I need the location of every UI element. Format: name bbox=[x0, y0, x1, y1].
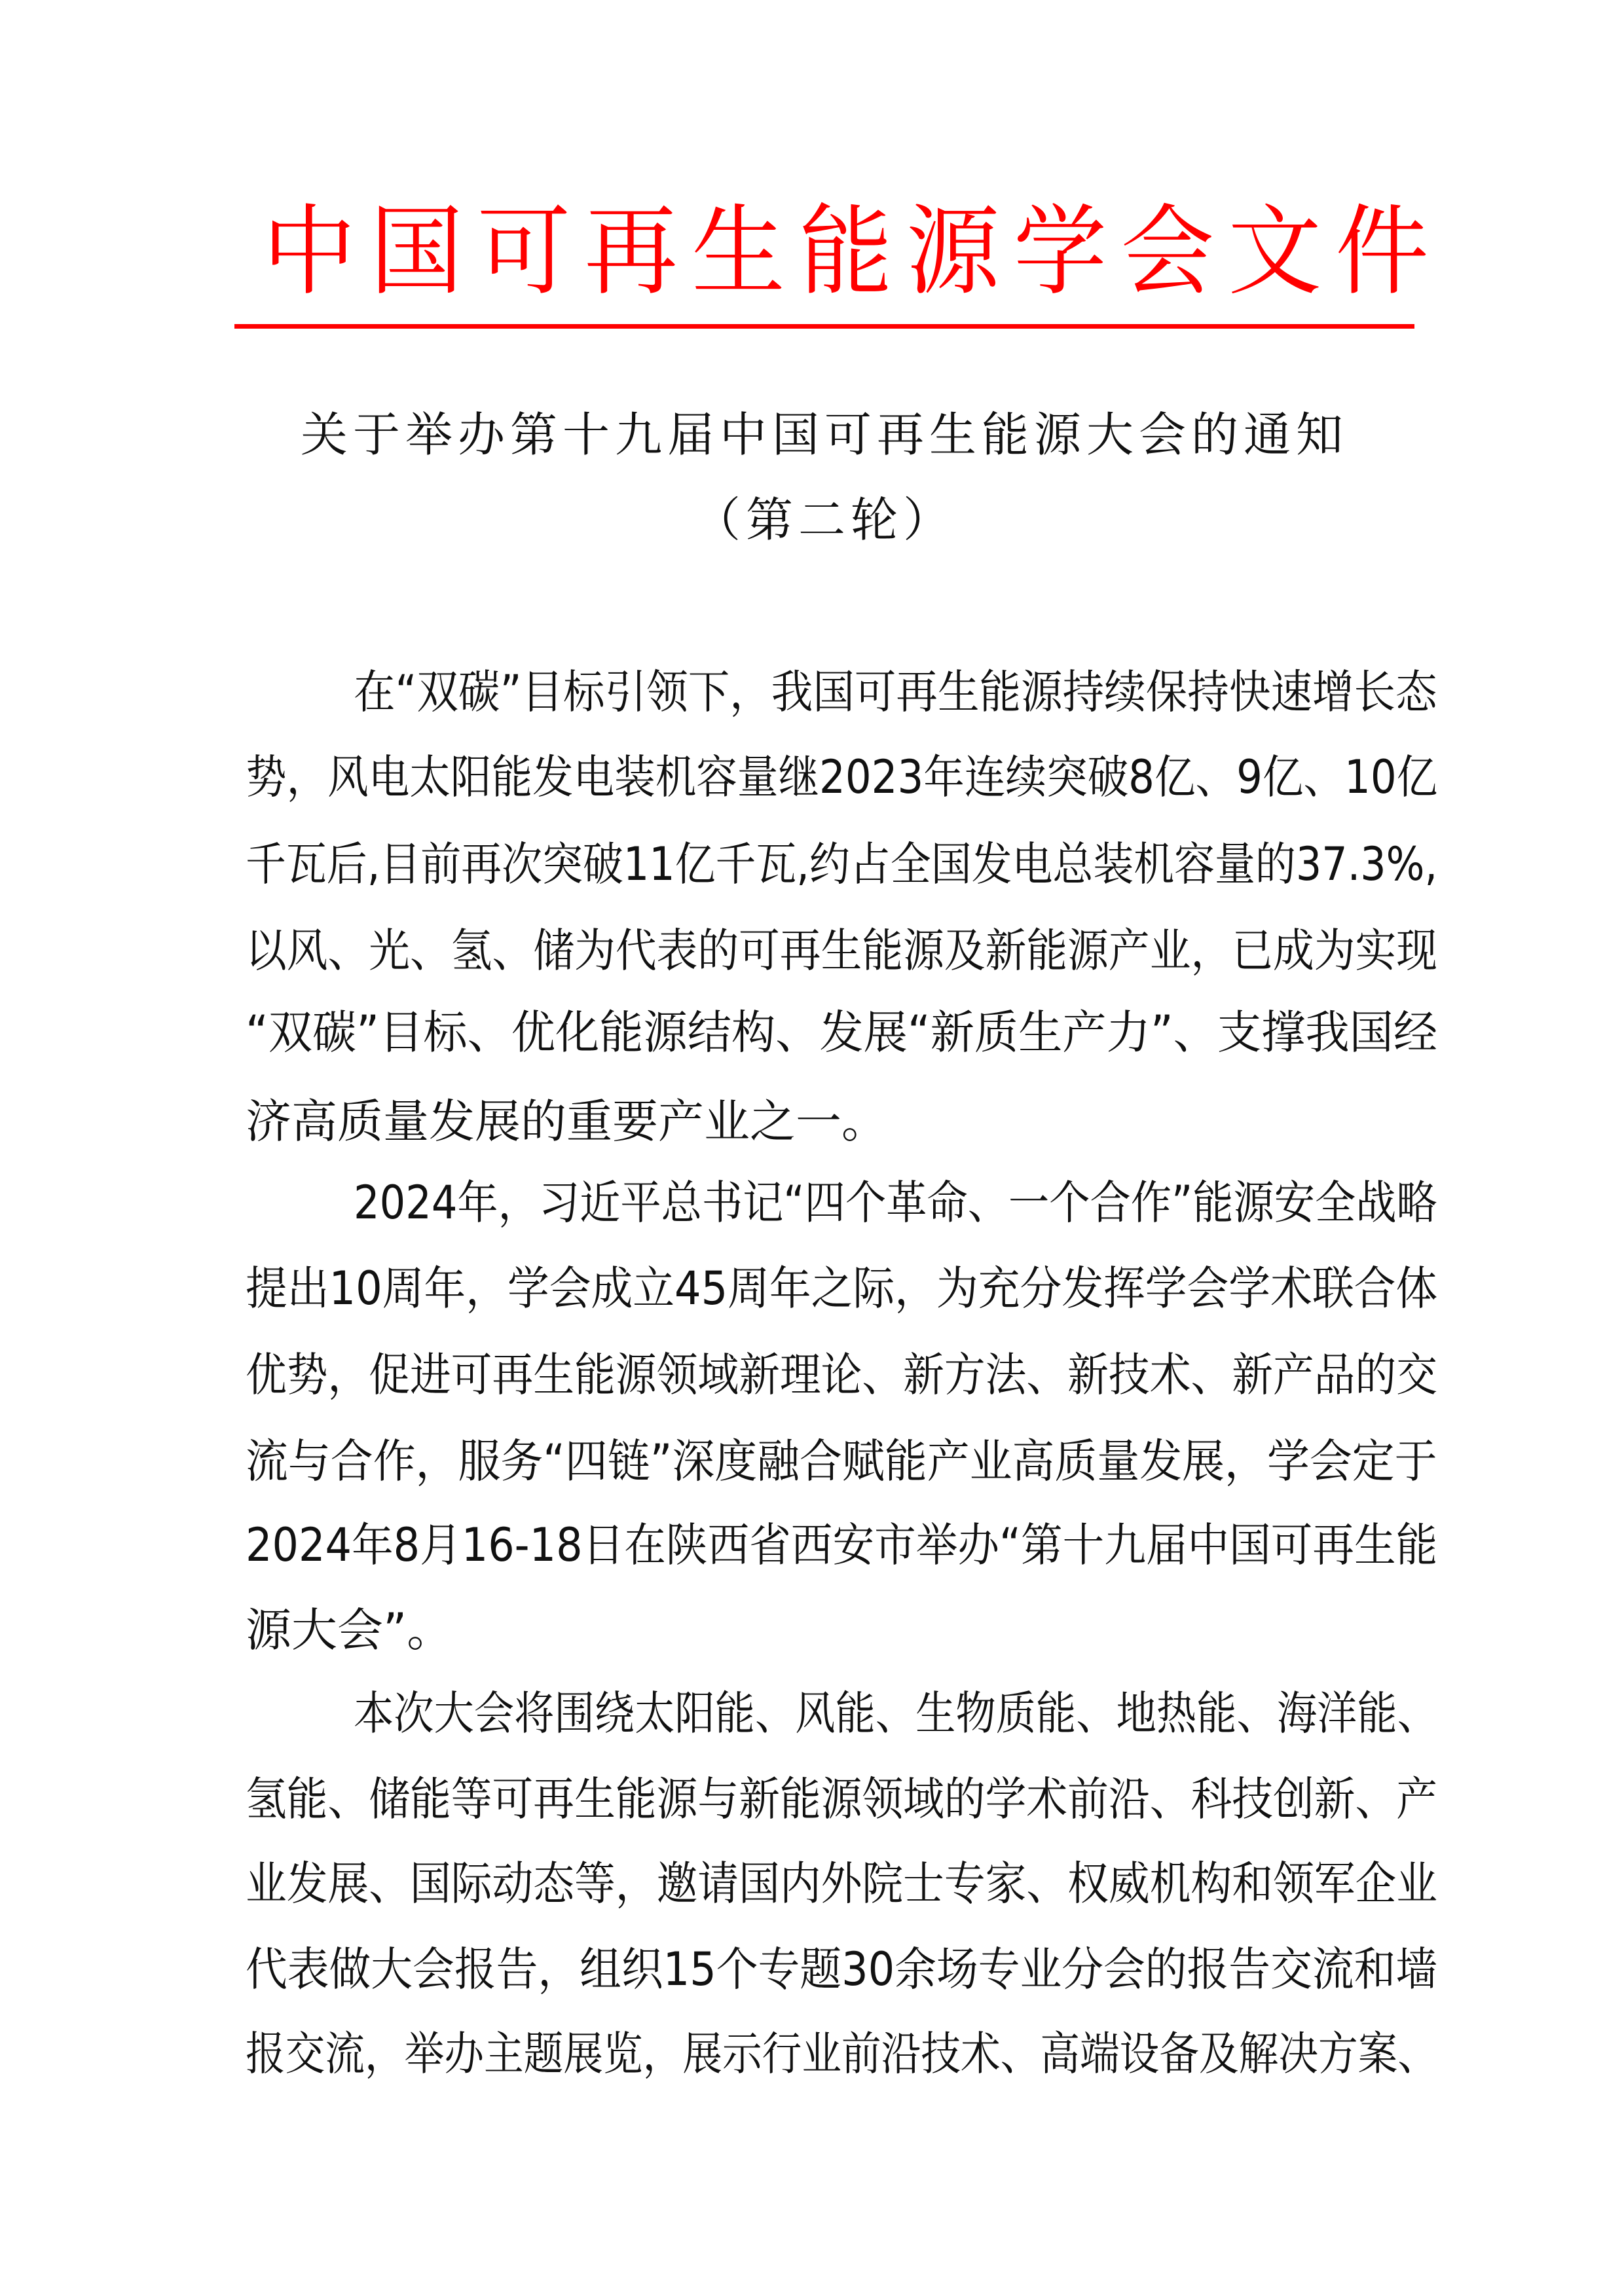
body-line: 在“双碳”目标引领下，我国可再生能源持续保持快速增长态 bbox=[354, 663, 1337, 721]
body-line: 流与合作，服务“四链”深度融合赋能产业高质量发展，学会定于 bbox=[246, 1432, 1350, 1491]
body-line: “双碳”目标、优化能源结构、发展“新质生产力”、支撑我国经 bbox=[246, 1003, 1390, 1062]
document-page: 中国可再生能源学会文件 关于举办第十九届中国可再生能源大会的通知 （第二轮） 在… bbox=[0, 0, 1624, 2296]
body-line: 业发展、国际动态等，邀请国内外院士专家、权威机构和领军企业 bbox=[246, 1854, 1314, 1913]
body-line: 提出10周年，学会成立45周年之际，为充分发挥学会学术联合体 bbox=[246, 1259, 1331, 1318]
body-line: 氢能、储能等可再生能源与新能源领域的学术前沿、科技创新、产 bbox=[246, 1770, 1314, 1829]
body-line: 本次大会将围绕太阳能、风能、生物质能、地热能、海洋能、 bbox=[354, 1684, 1302, 1743]
body-line: 千瓦后,目前再次突破11亿千瓦,约占全国发电总装机容量的37.3%, bbox=[246, 835, 1300, 894]
body-line: 报交流，举办主题展览，展示行业前沿技术、高端设备及解决方案、 bbox=[246, 2024, 1278, 2083]
org-header-title: 中国可再生能源学会文件 bbox=[263, 196, 1386, 308]
body-line: 源大会”。 bbox=[246, 1601, 1437, 1660]
document-subtitle: （第二轮） bbox=[234, 491, 1414, 550]
body-line: 2024年8月16-18日在陕西省西安市举办“第十九届中国可再生能 bbox=[246, 1516, 1329, 1575]
body-line: 代表做大会报告，组织15个专题30余场专业分会的报告交流和墙 bbox=[246, 1940, 1331, 1999]
body-line: 以风、光、氢、储为代表的可再生能源及新能源产业，已成为实现 bbox=[246, 921, 1314, 980]
document-title: 关于举办第十九届中国可再生能源大会的通知 bbox=[234, 406, 1414, 465]
body-line: 优势，促进可再生能源领域新理论、新方法、新技术、新产品的交 bbox=[246, 1345, 1314, 1404]
header-red-rule bbox=[234, 324, 1414, 329]
body-line: 2024年，习近平总书记“四个革命、一个合作”能源安全战略 bbox=[354, 1173, 1318, 1232]
body-line: 势，风电太阳能发电装机容量继2023年连续突破8亿、9亿、10亿 bbox=[246, 748, 1311, 807]
body-line: 济高质量发展的重要产业之一。 bbox=[246, 1092, 1437, 1151]
